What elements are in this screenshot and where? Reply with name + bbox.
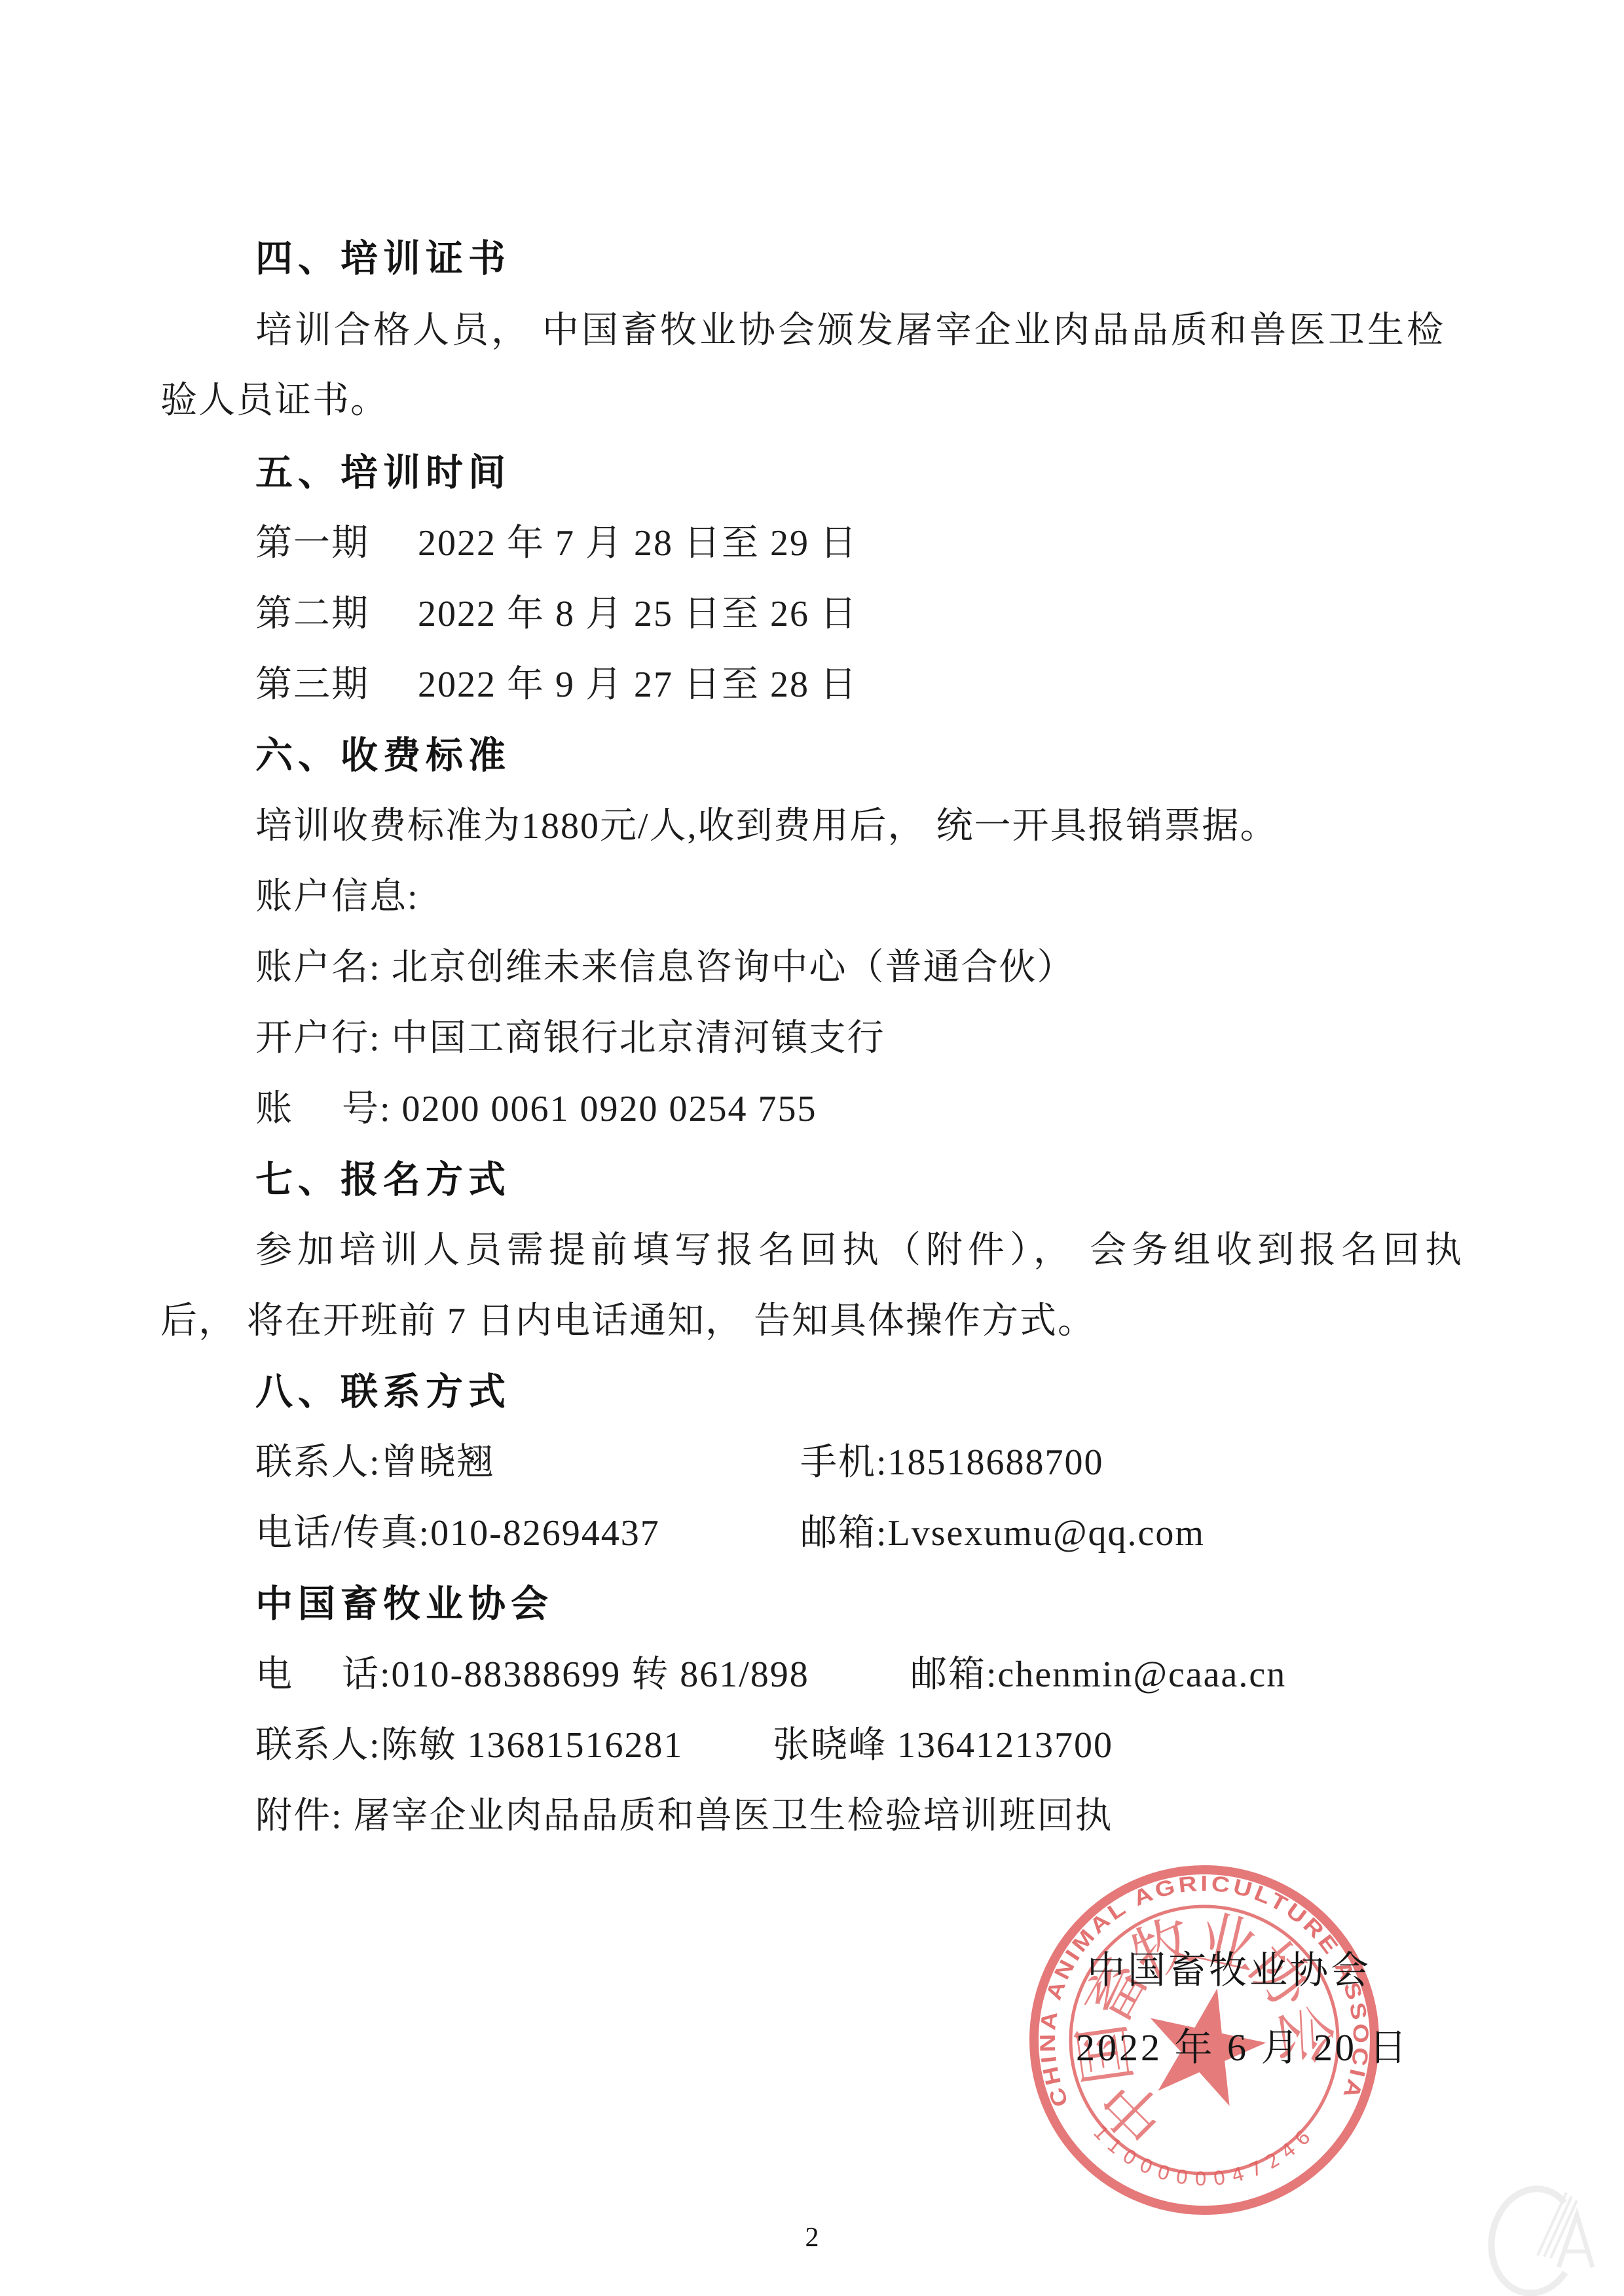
page-number: 2 <box>0 2221 1624 2255</box>
text-span: 电话/传真:010-82694437 <box>255 1497 660 1570</box>
text-line: 八、联系方式 <box>0 1355 1624 1429</box>
text-line: 联系人:曾晓翘手机:18518688700 <box>0 1426 1624 1499</box>
text-span: 第一期 2022 年 7 月 28 日至 29 日 <box>255 507 858 580</box>
text-span: 张晓峰 13641213700 <box>773 1709 1113 1782</box>
text-span: 第二期 2022 年 8 月 25 日至 26 日 <box>255 577 858 651</box>
text-span: 手机:18518688700 <box>800 1426 1104 1499</box>
text-span: 账 号: 0200 0061 0920 0254 755 <box>255 1072 817 1146</box>
text-line: 电 话:010-88388699 转 861/898邮箱:chenmin@caa… <box>0 1638 1624 1711</box>
section-heading: 六、收费标准 <box>255 719 511 792</box>
text-line: 六、收费标准 <box>0 719 1624 792</box>
text-span: 账户名: 北京创维未来信息咨询中心（普通合伙） <box>255 931 1075 1004</box>
text-span: 后， 将在开班前 7 日内电话通知， 告知具体操作方式。 <box>160 1285 1096 1358</box>
text-line: 账户名: 北京创维未来信息咨询中心（普通合伙） <box>0 931 1624 1004</box>
text-line: 第一期 2022 年 7 月 28 日至 29 日 <box>0 507 1624 580</box>
text-span: 培训合格人员， 中国畜牧业协会颁发屠宰企业肉品品质和兽医卫生检 <box>255 294 1446 367</box>
text-line: 第二期 2022 年 8 月 25 日至 26 日 <box>0 577 1624 651</box>
text-span: 开户行: 中国工商银行北京清河镇支行 <box>255 1002 885 1075</box>
text-line: 附件: 屠宰企业肉品品质和兽医卫生检验培训班回执 <box>0 1779 1624 1853</box>
text-line: 联系人:陈敏 13681516281张晓峰 13641213700 <box>0 1709 1624 1782</box>
text-line: 开户行: 中国工商银行北京清河镇支行 <box>0 1002 1624 1075</box>
text-line: 账 号: 0200 0061 0920 0254 755 <box>0 1072 1624 1146</box>
text-span: 参加培训人员需提前填写报名回执（附件）， 会务组收到报名回执 <box>255 1214 1467 1287</box>
text-line: 培训收费标准为1880元/人,收到费用后， 统一开具报销票据。 <box>0 790 1624 863</box>
text-span: 账户信息: <box>255 860 419 934</box>
section-heading: 七、报名方式 <box>255 1143 511 1216</box>
text-span: 邮箱:Lvsexumu@qq.com <box>800 1497 1205 1570</box>
text-line: 中国畜牧业协会 <box>0 1567 1624 1641</box>
text-span: 第三期 2022 年 9 月 27 日至 28 日 <box>255 648 858 721</box>
text-line: 参加培训人员需提前填写报名回执（附件）， 会务组收到报名回执 <box>0 1214 1624 1287</box>
text-line: 五、培训时间 <box>0 436 1624 509</box>
text-line: 账户信息: <box>0 860 1624 934</box>
text-line: 电话/传真:010-82694437邮箱:Lvsexumu@qq.com <box>0 1497 1624 1570</box>
section-heading: 中国畜牧业协会 <box>255 1567 553 1641</box>
text-span: 培训收费标准为1880元/人,收到费用后， 统一开具报销票据。 <box>255 790 1278 863</box>
text-line: 第三期 2022 年 9 月 27 日至 28 日 <box>0 648 1624 721</box>
text-span: 附件: 屠宰企业肉品品质和兽医卫生检验培训班回执 <box>255 1779 1113 1853</box>
text-span: 联系人:曾晓翘 <box>255 1426 495 1499</box>
signature-date: 2022 年 6 月 20 日 <box>1076 2011 1410 2085</box>
text-span: 电 话:010-88388699 转 861/898 <box>255 1638 809 1711</box>
text-line: 培训合格人员， 中国畜牧业协会颁发屠宰企业肉品品质和兽医卫生检 <box>0 294 1624 367</box>
text-span: 联系人:陈敏 13681516281 <box>255 1709 684 1782</box>
text-line: 后， 将在开班前 7 日内电话通知， 告知具体操作方式。 <box>0 1285 1624 1358</box>
text-line: 七、报名方式 <box>0 1143 1624 1216</box>
section-heading: 五、培训时间 <box>255 436 511 509</box>
text-line: 四、培训证书 <box>0 222 1624 295</box>
document-page: 四、培训证书培训合格人员， 中国畜牧业协会颁发屠宰企业肉品品质和兽医卫生检验人员… <box>0 0 1624 2296</box>
text-line: 验人员证书。 <box>0 364 1624 437</box>
section-heading: 四、培训证书 <box>255 222 511 295</box>
text-span: 邮箱:chenmin@caaa.cn <box>910 1638 1286 1711</box>
signature-org: 中国畜牧业协会 <box>1087 1934 1371 2007</box>
section-heading: 八、联系方式 <box>255 1355 511 1429</box>
text-span: 验人员证书。 <box>160 364 388 437</box>
